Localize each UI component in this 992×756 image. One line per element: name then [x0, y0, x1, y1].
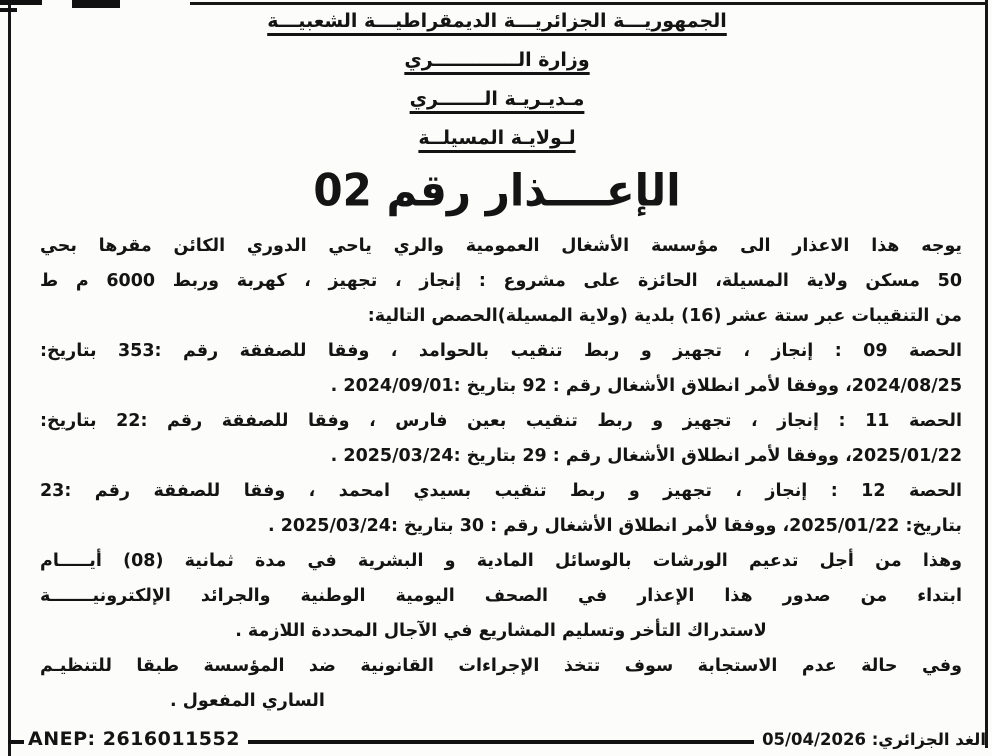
- body-line: 2025/01/22، ووفقا لأمر انطلاق الأشغال رق…: [40, 439, 962, 474]
- footer-rule-segment: [8, 740, 24, 744]
- scan-artifact: [72, 0, 120, 8]
- body-line-lot-11: الحصة 11 : إنجاز ، تجهيز و ربط تنقيب بعي…: [40, 404, 962, 439]
- republic-title-line: الجمهوريـــة الجزائريـــة الديمقراطيـــة…: [14, 8, 980, 34]
- body-line: لاستدراك التأخر وتسليم المشاريع في الآجا…: [40, 614, 962, 649]
- body-line: وهذا من أجل تدعيم الورشات بالوسائل الماد…: [40, 544, 962, 579]
- body-line: 2024/08/25، ووفقا لأمر انطلاق الأشغال رق…: [40, 369, 962, 404]
- anep-number: ANEP: 2616011552: [24, 728, 248, 752]
- body-line: يوجه هذا الاعذار الى مؤسسة الأشغال العمو…: [40, 229, 962, 264]
- scanned-notice-page: الجمهوريـــة الجزائريـــة الديمقراطيـــة…: [0, 0, 992, 756]
- body-line: وفي حالة عدم الاستجابة سوف تتخذ الإجراءا…: [40, 649, 962, 684]
- wilaya-title: لـولايـة المسيلــة: [418, 127, 575, 149]
- wilaya-title-line: لـولايـة المسيلــة: [14, 125, 980, 151]
- republic-title: الجمهوريـــة الجزائريـــة الديمقراطيـــة…: [267, 10, 727, 32]
- frame-left-border: [8, 0, 11, 756]
- notice-header: الجمهوريـــة الجزائريـــة الديمقراطيـــة…: [14, 8, 980, 218]
- body-line-lot-12: الحصة 12 : إنجاز ، تجهيز و ربط تنقيب بسي…: [40, 474, 962, 509]
- notice-number-title: الإعــــذار رقم 02: [14, 163, 980, 220]
- body-line: ابتداء من صدور هذا الإعذار في الصحف اليو…: [40, 579, 962, 614]
- footer-rule: [248, 740, 754, 744]
- directorate-title: مـديـريـة الـــــــري: [410, 88, 585, 110]
- journal-name-and-date: الغد الجزائري: 05/04/2026: [754, 730, 988, 752]
- ministry-title: وزارة الـــــــــــــري: [404, 49, 589, 71]
- ministry-title-line: وزارة الـــــــــــــري: [14, 47, 980, 73]
- body-line: 50 مسكن ولاية المسيلة، الحائزة على مشروع…: [40, 264, 962, 299]
- notice-body: يوجه هذا الاعذار الى مؤسسة الأشغال العمو…: [14, 229, 980, 719]
- body-line: من التنقيبات عبر ستة عشر (16) بلدية (ولا…: [40, 299, 962, 334]
- frame-right-border: [985, 0, 988, 748]
- notice-footer: ANEP: 2616011552 الغد الجزائري: 05/04/20…: [8, 728, 988, 752]
- scan-artifact: [0, 0, 42, 5]
- body-line: بتاريخ: 2025/01/22، ووفقا لأمر انطلاق ال…: [40, 509, 962, 544]
- directorate-title-line: مـديـريـة الـــــــري: [14, 86, 980, 112]
- frame-top-border: [190, 2, 986, 5]
- body-line-lot-09: الحصة 09 : إنجاز ، تجهيز و ربط تنقيب بال…: [40, 334, 962, 369]
- notice-content: الجمهوريـــة الجزائريـــة الديمقراطيـــة…: [14, 8, 980, 719]
- body-line: الساري المفعول .: [40, 684, 962, 719]
